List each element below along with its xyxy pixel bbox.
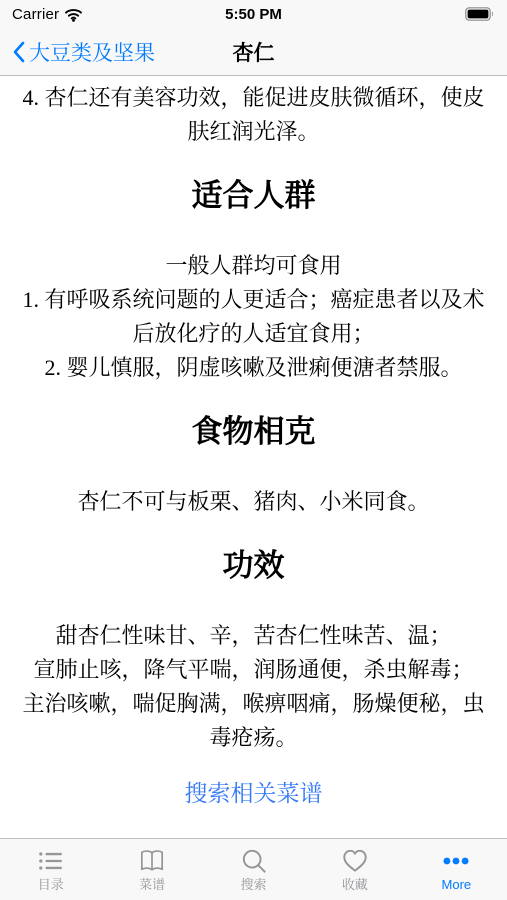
section-heading: 食物相克 <box>16 411 491 453</box>
tab-label: More <box>442 878 472 892</box>
tab-label: 收藏 <box>342 878 368 892</box>
status-time: 5:50 PM <box>0 6 507 23</box>
section-heading: 适合人群 <box>16 175 491 217</box>
paragraph: 4. 杏仁还有美容功效，能促进皮肤微循环，使皮肤红润光泽。 <box>16 81 491 149</box>
status-bar: 5:50 PM Carrier <box>0 0 507 28</box>
tab-recipes[interactable]: 菜谱 <box>101 839 202 900</box>
tab-favorites[interactable]: 收藏 <box>304 839 405 900</box>
paragraph: 杏仁不可与板栗、猪肉、小米同食。 <box>16 485 491 519</box>
paragraph: 一般人群均可食用 <box>16 249 491 283</box>
back-button[interactable]: 大豆类及坚果 <box>0 37 165 67</box>
paragraph: 甜杏仁性味甘、辛，苦杏仁性味苦、温；宣肺止咳，降气平喘，润肠通便，杀虫解毒；主治… <box>16 619 491 755</box>
tab-label: 菜谱 <box>139 878 165 892</box>
book-icon <box>137 846 167 876</box>
tab-bar: 目录 菜谱 搜索 收藏 <box>0 838 507 900</box>
nav-bar: 杏仁 大豆类及坚果 <box>0 28 507 76</box>
article-scroll-area[interactable]: 4. 杏仁还有美容功效，能促进皮肤微循环，使皮肤红润光泽。 适合人群 一般人群均… <box>0 77 507 838</box>
tab-catalog[interactable]: 目录 <box>0 839 101 900</box>
search-icon <box>239 846 269 876</box>
heart-icon <box>340 846 370 876</box>
app-screen: 5:50 PM Carrier 杏仁 大豆类及坚果 <box>0 0 507 900</box>
paragraph: 2. 婴儿慎服，阴虚咳嗽及泄痢便溏者禁服。 <box>16 351 491 385</box>
list-icon <box>36 846 66 876</box>
chevron-left-icon <box>12 41 25 63</box>
paragraph: 1. 有呼吸系统问题的人更适合；癌症患者以及术后放化疗的人适宜食用； <box>16 283 491 351</box>
search-related-recipes-link[interactable]: 搜索相关菜谱 <box>16 777 491 811</box>
section-heading: 功效 <box>16 545 491 587</box>
more-icon <box>441 846 471 876</box>
tab-label: 搜索 <box>241 878 267 892</box>
tab-label: 目录 <box>38 878 64 892</box>
tab-more[interactable]: More <box>406 839 507 900</box>
battery-icon <box>465 7 495 21</box>
tab-search[interactable]: 搜索 <box>203 839 304 900</box>
back-button-label: 大豆类及坚果 <box>29 37 155 67</box>
